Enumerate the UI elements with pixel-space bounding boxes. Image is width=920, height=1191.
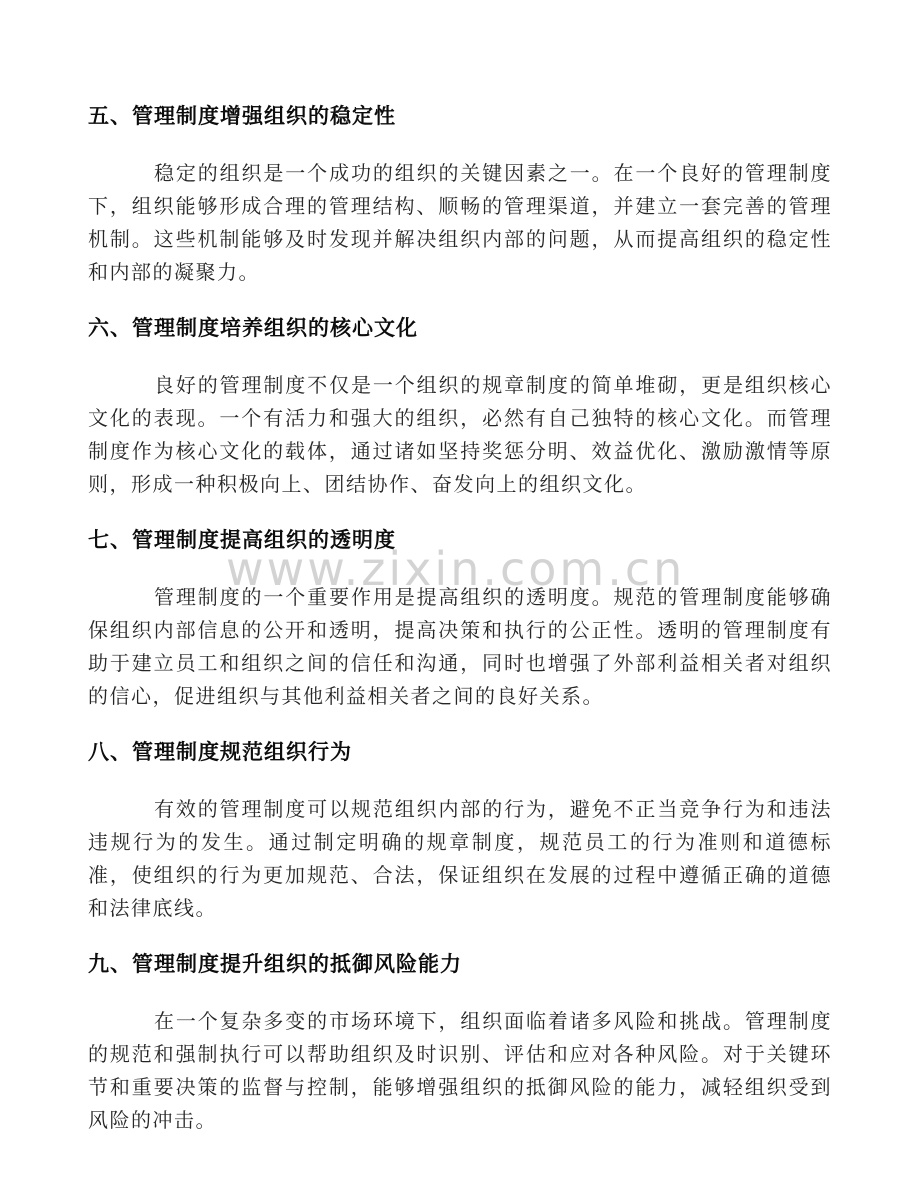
section-paragraph: 在一个复杂多变的市场环境下，组织面临着诸多风险和挑战。管理制度的规范和强制执行可… — [88, 1006, 832, 1138]
section-paragraph: 管理制度的一个重要作用是提高组织的透明度。规范的管理制度能够确保组织内部信息的公… — [88, 582, 832, 714]
section-paragraph: 有效的管理制度可以规范组织内部的行为，避免不正当竞争行为和违法违规行为的发生。通… — [88, 794, 832, 926]
section-heading: 八、管理制度规范组织行为 — [88, 740, 832, 766]
document-section: 七、管理制度提高组织的透明度 管理制度的一个重要作用是提高组织的透明度。规范的管… — [88, 528, 832, 714]
document-section: 五、管理制度增强组织的稳定性 稳定的组织是一个成功的组织的关键因素之一。在一个良… — [88, 104, 832, 290]
document-page: www.zixin.com.cn 五、管理制度增强组织的稳定性 稳定的组织是一个… — [0, 0, 920, 1191]
document-content: 五、管理制度增强组织的稳定性 稳定的组织是一个成功的组织的关键因素之一。在一个良… — [88, 104, 832, 1138]
section-paragraph: 稳定的组织是一个成功的组织的关键因素之一。在一个良好的管理制度下，组织能够形成合… — [88, 158, 832, 290]
document-section: 九、管理制度提升组织的抵御风险能力 在一个复杂多变的市场环境下，组织面临着诸多风… — [88, 952, 832, 1138]
section-heading: 六、管理制度培养组织的核心文化 — [88, 316, 832, 342]
document-section: 八、管理制度规范组织行为 有效的管理制度可以规范组织内部的行为，避免不正当竞争行… — [88, 740, 832, 926]
section-heading: 五、管理制度增强组织的稳定性 — [88, 104, 832, 130]
section-heading: 七、管理制度提高组织的透明度 — [88, 528, 832, 554]
section-heading: 九、管理制度提升组织的抵御风险能力 — [88, 952, 832, 978]
section-paragraph: 良好的管理制度不仅是一个组织的规章制度的简单堆砌，更是组织核心文化的表现。一个有… — [88, 370, 832, 502]
document-section: 六、管理制度培养组织的核心文化 良好的管理制度不仅是一个组织的规章制度的简单堆砌… — [88, 316, 832, 502]
